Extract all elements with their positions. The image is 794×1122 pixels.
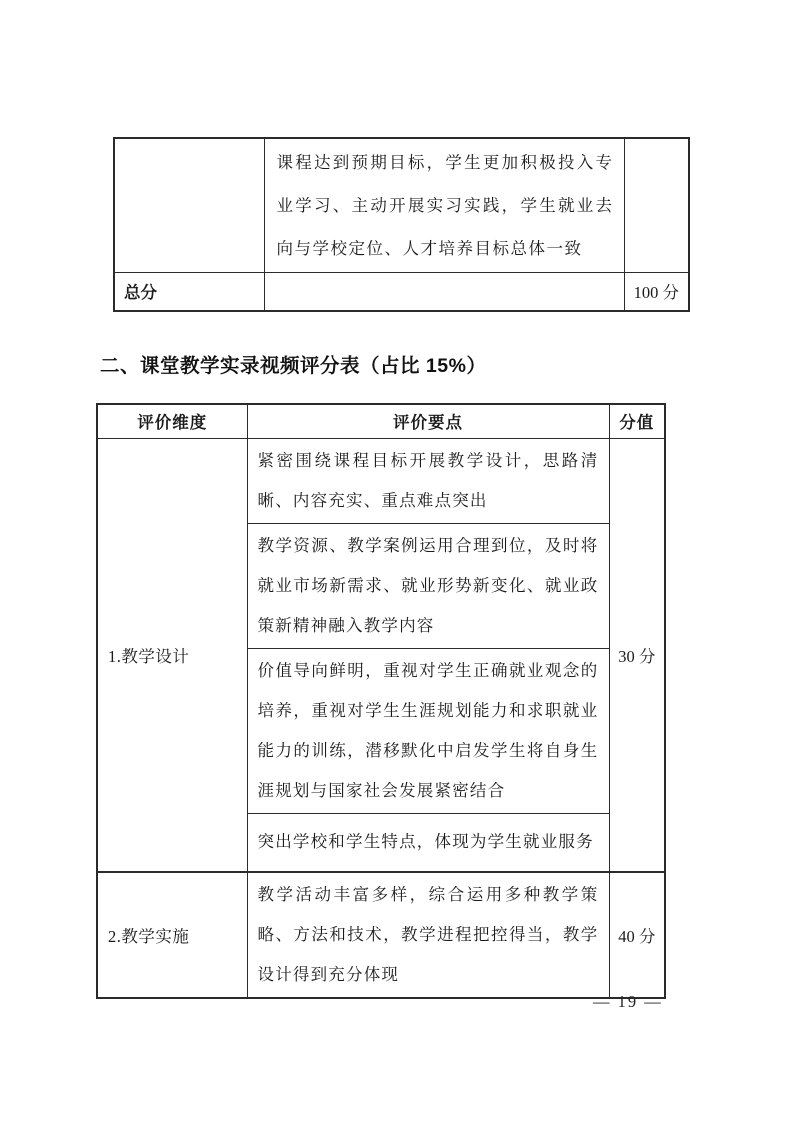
criteria-cell: 教学资源、教学案例运用合理到位，及时将就业市场新需求、就业形势新变化、就业政策新… [247,523,609,648]
dimension-cell-design: 1.教学设计 [97,438,247,872]
total-score-cell: 100 分 [624,273,689,311]
criteria-cell: 教学活动丰富多样，综合运用多种教学策略、方法和技术，教学进程把控得当，教学设计得… [247,872,609,998]
criteria-cell: 价值导向鲜明，重视对学生正确就业观念的培养，重视对学生生涯规划能力和求职就业能力… [247,648,609,813]
rubric-table: 评价维度 评价要点 分值 1.教学设计 紧密围绕课程目标开展教学设计，思路清晰、… [96,403,666,999]
total-label: 总分 [114,273,264,311]
criteria-cell: 课程达到预期目标，学生更加积极投入专业学习、主动开展实习实践，学生就业去向与学校… [264,138,624,273]
page-number: — 19 — [593,992,663,1012]
table-row: 1.教学设计 紧密围绕课程目标开展教学设计，思路清晰、内容充实、重点难点突出 3… [97,438,665,523]
dimension-cell-empty [114,138,264,273]
total-criteria-cell-empty [264,273,624,311]
document-page: 课程达到预期目标，学生更加积极投入专业学习、主动开展实习实践，学生就业去向与学校… [0,0,794,1122]
criteria-cell: 突出学校和学生特点，体现为学生就业服务 [247,813,609,872]
table-row: 2.教学实施 教学活动丰富多样，综合运用多种教学策略、方法和技术，教学进程把控得… [97,872,665,998]
section-heading: 二、课堂教学实录视频评分表（占比 15%） [100,350,486,378]
header-dimension: 评价维度 [97,404,247,438]
table-row: 课程达到预期目标，学生更加积极投入专业学习、主动开展实习实践，学生就业去向与学校… [114,138,689,273]
header-score: 分值 [609,404,665,438]
header-criteria: 评价要点 [247,404,609,438]
criteria-cell: 紧密围绕课程目标开展教学设计，思路清晰、内容充实、重点难点突出 [247,438,609,523]
score-cell-design: 30 分 [609,438,665,872]
score-cell-empty [624,138,689,273]
table-header-row: 评价维度 评价要点 分值 [97,404,665,438]
score-cell-implementation: 40 分 [609,872,665,998]
continuation-table: 课程达到预期目标，学生更加积极投入专业学习、主动开展实习实践，学生就业去向与学校… [113,137,690,312]
dimension-cell-implementation: 2.教学实施 [97,872,247,998]
total-score-row: 总分 100 分 [114,273,689,311]
